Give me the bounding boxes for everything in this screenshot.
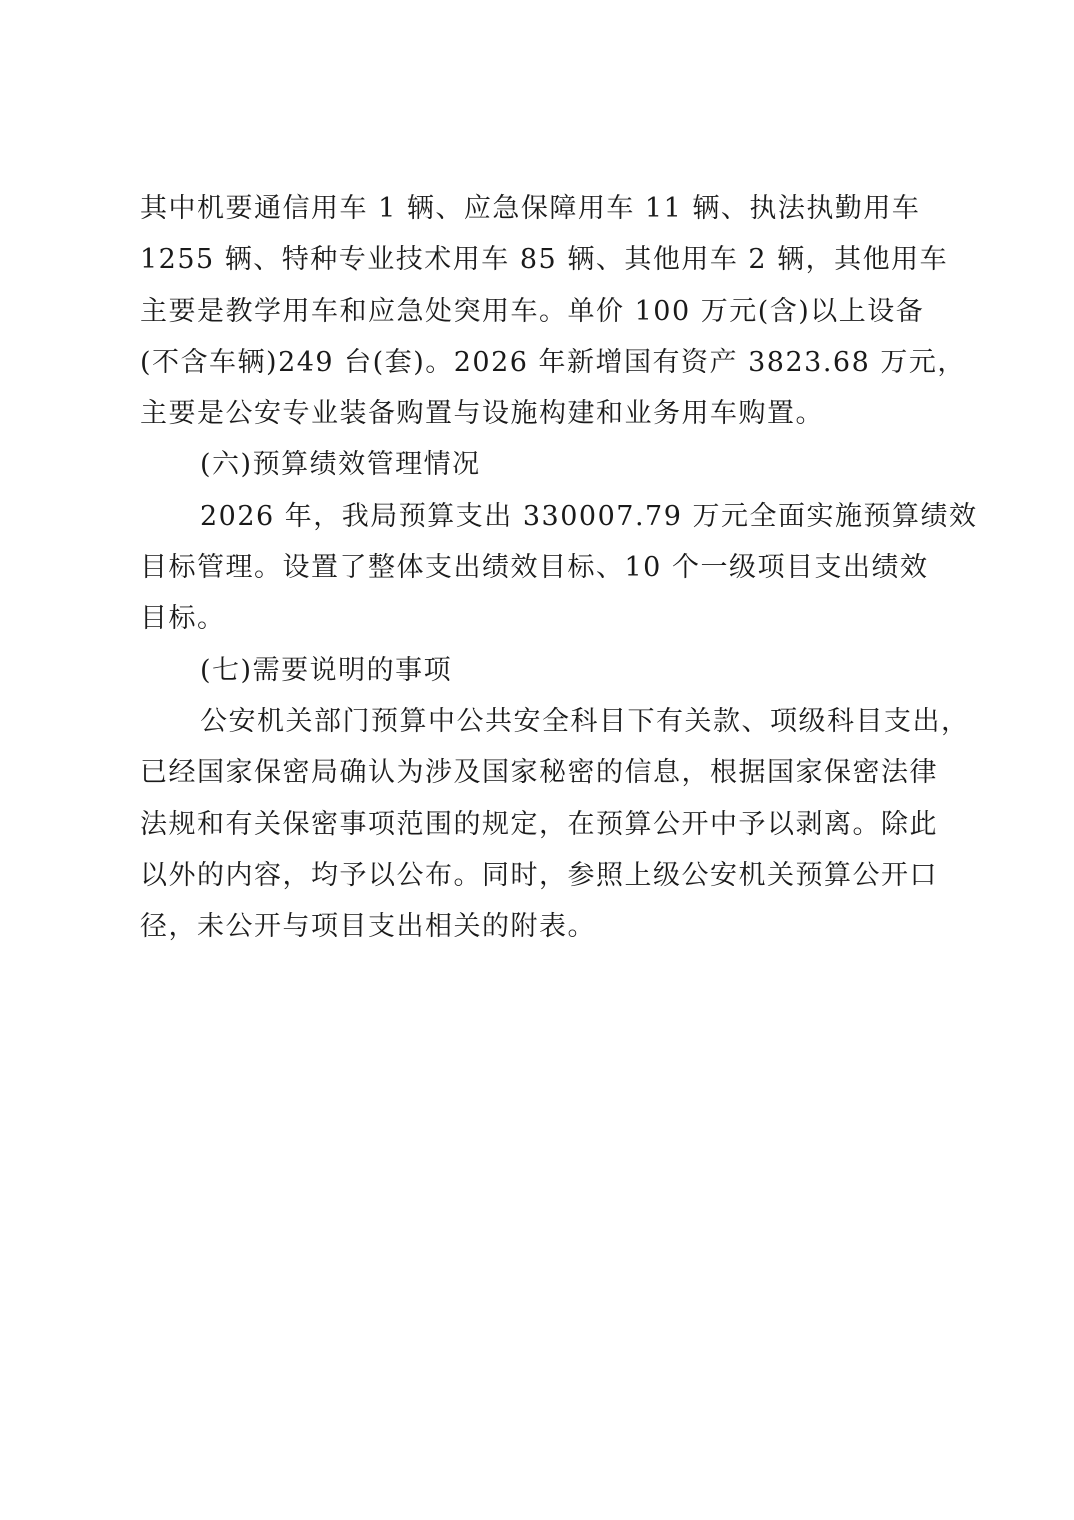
text-line: 目标。 — [140, 593, 940, 644]
text-line: 1255 辆、特种专业技术用车 85 辆、其他用车 2 辆，其他用车 — [140, 234, 940, 285]
text-line: 法规和有关保密事项范围的规定，在预算公开中予以剥离。除此 — [140, 799, 940, 850]
document-page: 其中机要通信用车 1 辆、应急保障用车 11 辆、执法执勤用车 1255 辆、特… — [140, 183, 940, 952]
text-line: 径，未公开与项目支出相关的附表。 — [140, 901, 940, 952]
text-line: 主要是公安专业装备购置与设施构建和业务用车购置。 — [140, 388, 940, 439]
text-line: 其中机要通信用车 1 辆、应急保障用车 11 辆、执法执勤用车 — [140, 183, 940, 234]
paragraph-performance: 2026 年，我局预算支出 330007.79 万元全面实施预算绩效 目标管理。… — [140, 491, 940, 645]
text-line: 2026 年，我局预算支出 330007.79 万元全面实施预算绩效 — [140, 491, 940, 542]
paragraph-vehicles: 其中机要通信用车 1 辆、应急保障用车 11 辆、执法执勤用车 1255 辆、特… — [140, 183, 940, 439]
text-line: 目标管理。设置了整体支出绩效目标、10 个一级项目支出绩效 — [140, 542, 940, 593]
section-heading-performance: (六)预算绩效管理情况 — [140, 439, 940, 490]
paragraph-notes: 公安机关部门预算中公共安全科目下有关款、项级科目支出， 已经国家保密局确认为涉及… — [140, 696, 940, 952]
text-line: 公安机关部门预算中公共安全科目下有关款、项级科目支出， — [140, 696, 940, 747]
text-line: 主要是教学用车和应急处突用车。单价 100 万元(含)以上设备 — [140, 286, 940, 337]
text-line: 以外的内容，均予以公布。同时，参照上级公安机关预算公开口 — [140, 850, 940, 901]
section-heading-notes: (七)需要说明的事项 — [140, 645, 940, 696]
text-line: (不含车辆)249 台(套)。2026 年新增国有资产 3823.68 万元， — [140, 337, 940, 388]
text-line: 已经国家保密局确认为涉及国家秘密的信息，根据国家保密法律 — [140, 747, 940, 798]
